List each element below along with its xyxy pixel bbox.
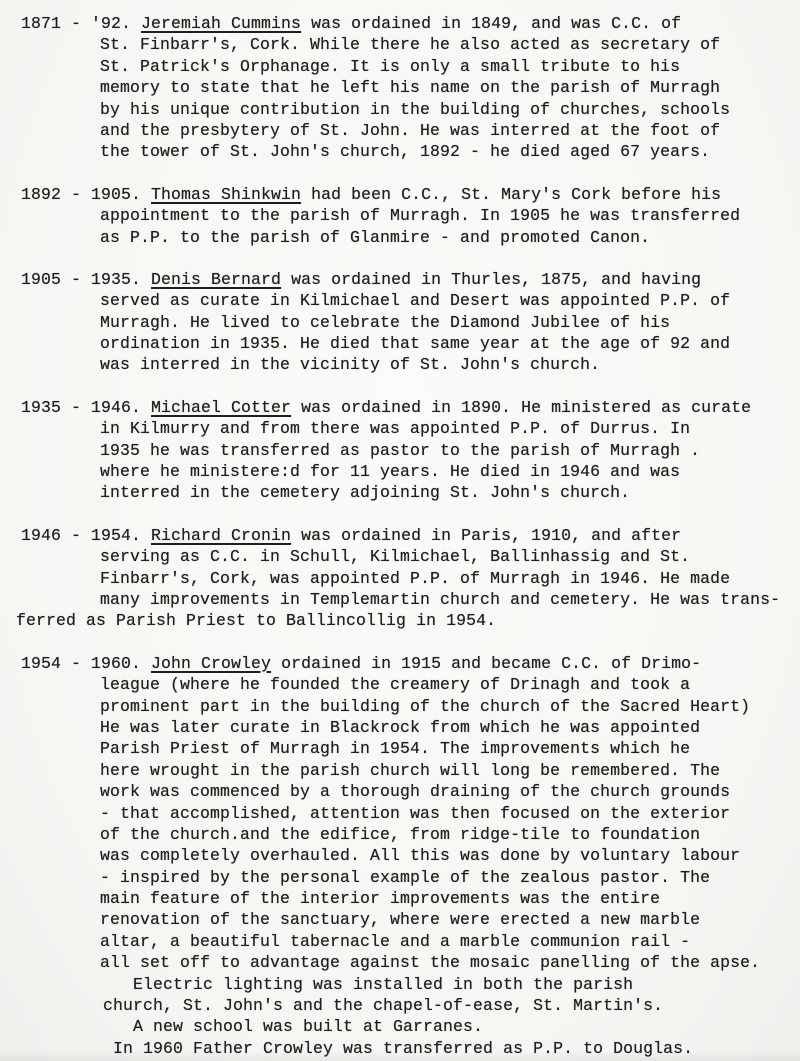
text-line: by his unique contribution in the buildi… <box>100 99 800 120</box>
text-line: Parish Priest of Murragh in 1954. The im… <box>100 738 800 759</box>
text-segment: here wrought in the parish church will l… <box>100 761 720 780</box>
text-line: 1935 - 1946. Michael Cotter was ordained… <box>21 397 800 418</box>
person-name: John Crowley <box>151 654 271 673</box>
text-segment: all set off to advantage against the mos… <box>100 953 760 972</box>
text-line: 1871 - '92. Jeremiah Cummins was ordaine… <box>21 13 800 34</box>
text-segment: and the presbytery of St. John. He was i… <box>100 121 720 140</box>
text-line: ordination in 1935. He died that same ye… <box>100 333 800 354</box>
text-segment: of the church.and the edifice, from ridg… <box>100 825 700 844</box>
text-segment: ordained in 1915 and became C.C. of Drim… <box>271 654 701 673</box>
text-segment: was ordained in 1849, and was C.C. of <box>301 14 681 33</box>
text-line: all set off to advantage against the mos… <box>100 952 800 973</box>
text-line: 1935 he was transferred as pastor to the… <box>100 440 800 461</box>
text-line: - that accomplished, attention was then … <box>100 803 800 824</box>
text-line: the tower of St. John's church, 1892 - h… <box>100 141 800 162</box>
text-line: prominent part in the building of the ch… <box>100 696 800 717</box>
text-line: where he ministere:d for 11 years. He di… <box>100 461 800 482</box>
text-segment: Finbarr's, Cork, was appointed P.P. of M… <box>100 569 730 588</box>
text-line: and the presbytery of St. John. He was i… <box>100 120 800 141</box>
paragraph: 1892 - 1905. Thomas Shinkwin had been C.… <box>0 184 800 248</box>
text-segment: interred in the cemetery adjoining St. J… <box>100 483 630 502</box>
person-name: Denis Bernard <box>151 270 281 289</box>
person-name: Richard Cronin <box>151 526 291 545</box>
text-segment: ferred as Parish Priest to Ballincollig … <box>16 611 496 630</box>
text-line: work was commenced by a thorough drainin… <box>100 781 800 802</box>
text-line: league (where he founded the creamery of… <box>100 674 800 695</box>
paragraph: 1935 - 1946. Michael Cotter was ordained… <box>0 397 800 504</box>
text-line: memory to state that he left his name on… <box>100 77 800 98</box>
text-segment: - that accomplished, attention was then … <box>100 804 730 823</box>
text-line: ferred as Parish Priest to Ballincollig … <box>16 610 800 631</box>
text-segment: was ordained in Thurles, 1875, and havin… <box>281 270 701 289</box>
text-line: He was later curate in Blackrock from wh… <box>100 717 800 738</box>
text-segment: 1935 he was transferred as pastor to the… <box>100 441 700 460</box>
text-segment: Parish Priest of Murragh in 1954. The im… <box>100 739 690 758</box>
text-segment: appointment to the parish of Murragh. In… <box>100 206 740 225</box>
person-name: Jeremiah Cummins <box>141 14 301 33</box>
text-segment: In 1960 Father Crowley was transferred a… <box>113 1039 693 1058</box>
text-line: in Kilmurry and from there was appointed… <box>100 418 800 439</box>
paragraph: 1871 - '92. Jeremiah Cummins was ordaine… <box>0 13 800 163</box>
text-line: Electric lighting was installed in both … <box>133 974 800 995</box>
text-line: of the church.and the edifice, from ridg… <box>100 824 800 845</box>
text-line: - inspired by the personal example of th… <box>100 867 800 888</box>
text-segment: 1892 - 1905. <box>21 185 151 204</box>
text-line: serving as C.C. in Schull, Kilmichael, B… <box>100 546 800 567</box>
text-segment: in Kilmurry and from there was appointed… <box>100 419 690 438</box>
text-line: 1954 - 1960. John Crowley ordained in 19… <box>21 653 800 674</box>
text-segment: renovation of the sanctuary, where were … <box>100 910 700 929</box>
text-segment: many improvements in Templemartin church… <box>100 590 780 609</box>
person-name: Michael Cotter <box>151 398 291 417</box>
text-segment: serving as C.C. in Schull, Kilmichael, B… <box>100 547 690 566</box>
text-line: Murragh. He lived to celebrate the Diamo… <box>100 312 800 333</box>
text-line: altar, a beautiful tabernacle and a marb… <box>100 931 800 952</box>
text-segment: prominent part in the building of the ch… <box>100 697 750 716</box>
text-segment: Murragh. He lived to celebrate the Diamo… <box>100 313 670 332</box>
text-line: interred in the cemetery adjoining St. J… <box>100 482 800 503</box>
paragraph: 1905 - 1935. Denis Bernard was ordained … <box>0 269 800 376</box>
text-line: here wrought in the parish church will l… <box>100 760 800 781</box>
text-line: St. Patrick's Orphanage. It is only a sm… <box>100 56 800 77</box>
text-segment: by his unique contribution in the buildi… <box>100 100 730 119</box>
text-segment: He was later curate in Blackrock from wh… <box>100 718 700 737</box>
text-segment: St. Finbarr's, Cork. While there he also… <box>100 35 720 54</box>
text-line: church, St. John's and the chapel-of-eas… <box>103 995 800 1016</box>
text-segment: Electric lighting was installed in both … <box>133 975 633 994</box>
text-segment: ordination in 1935. He died that same ye… <box>100 334 730 353</box>
paragraph: 1946 - 1954. Richard Cronin was ordained… <box>0 525 800 632</box>
text-segment: had been C.C., St. Mary's Cork before hi… <box>301 185 721 204</box>
text-segment: memory to state that he left his name on… <box>100 78 720 97</box>
text-segment: where he ministere:d for 11 years. He di… <box>100 462 680 481</box>
text-line: 1946 - 1954. Richard Cronin was ordained… <box>21 525 800 546</box>
paragraph: 1954 - 1960. John Crowley ordained in 19… <box>0 653 800 1059</box>
text-segment: as P.P. to the parish of Glanmire - and … <box>100 228 650 247</box>
text-segment: A new school was built at Garranes. <box>133 1017 483 1036</box>
text-segment: league (where he founded the creamery of… <box>100 675 690 694</box>
text-segment: 1871 - '92. <box>21 14 141 33</box>
text-line: A new school was built at Garranes. <box>133 1016 800 1037</box>
text-line: renovation of the sanctuary, where were … <box>100 909 800 930</box>
text-line: was interred in the vicinity of St. John… <box>100 354 800 375</box>
text-segment: altar, a beautiful tabernacle and a marb… <box>100 932 690 951</box>
text-line: 1892 - 1905. Thomas Shinkwin had been C.… <box>21 184 800 205</box>
text-line: as P.P. to the parish of Glanmire - and … <box>100 227 800 248</box>
text-segment: work was commenced by a thorough drainin… <box>100 782 730 801</box>
document-page: 1871 - '92. Jeremiah Cummins was ordaine… <box>0 0 800 1061</box>
text-segment: - inspired by the personal example of th… <box>100 868 710 887</box>
text-segment: was completely overhauled. All this was … <box>100 846 740 865</box>
text-segment: the tower of St. John's church, 1892 - h… <box>100 142 710 161</box>
text-line: St. Finbarr's, Cork. While there he also… <box>100 34 800 55</box>
text-segment: was interred in the vicinity of St. John… <box>100 355 600 374</box>
text-line: Finbarr's, Cork, was appointed P.P. of M… <box>100 568 800 589</box>
text-segment: 1905 - 1935. <box>21 270 151 289</box>
text-segment: main feature of the interior improvement… <box>100 889 660 908</box>
text-segment: 1946 - 1954. <box>21 526 151 545</box>
text-segment: St. Patrick's Orphanage. It is only a sm… <box>100 57 680 76</box>
text-segment: served as curate in Kilmichael and Deser… <box>100 291 730 310</box>
text-line: appointment to the parish of Murragh. In… <box>100 205 800 226</box>
text-segment: 1954 - 1960. <box>21 654 151 673</box>
person-name: Thomas Shinkwin <box>151 185 301 204</box>
text-segment: was ordained in Paris, 1910, and after <box>291 526 681 545</box>
text-line: served as curate in Kilmichael and Deser… <box>100 290 800 311</box>
text-line: was completely overhauled. All this was … <box>100 845 800 866</box>
text-line: In 1960 Father Crowley was transferred a… <box>113 1038 800 1059</box>
text-line: 1905 - 1935. Denis Bernard was ordained … <box>21 269 800 290</box>
text-segment: was ordained in 1890. He ministered as c… <box>291 398 751 417</box>
document-body: 1871 - '92. Jeremiah Cummins was ordaine… <box>0 13 800 1059</box>
text-line: main feature of the interior improvement… <box>100 888 800 909</box>
text-segment: 1935 - 1946. <box>21 398 151 417</box>
text-segment: church, St. John's and the chapel-of-eas… <box>103 996 663 1015</box>
text-line: many improvements in Templemartin church… <box>100 589 800 610</box>
